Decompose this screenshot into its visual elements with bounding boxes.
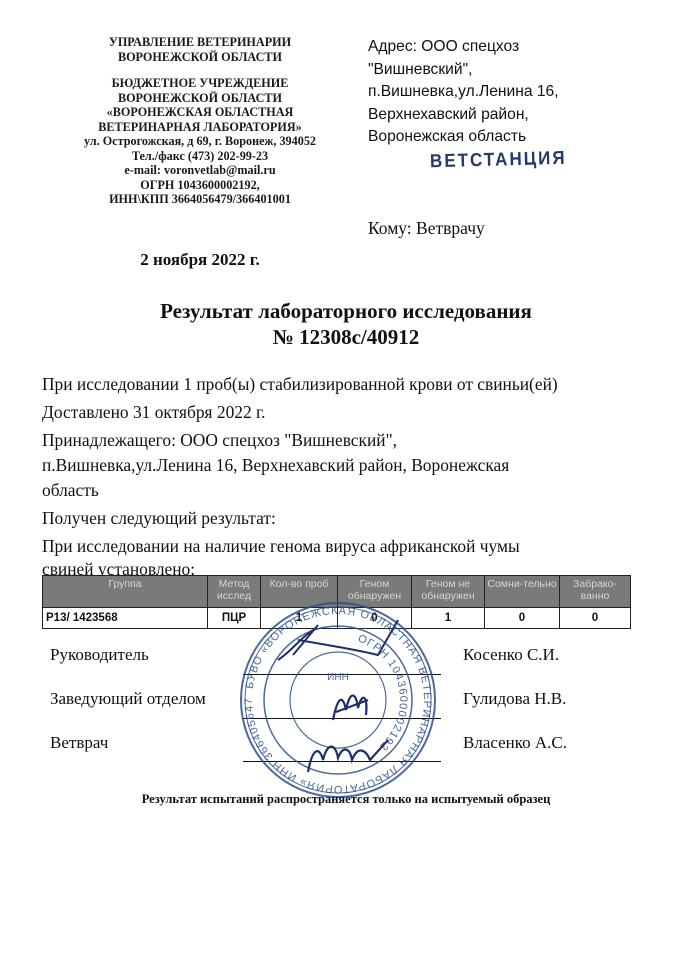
lab-inn-kpp: ИНН\КПП 3664056479/366401001 [60,192,340,207]
agency-line-1: УПРАВЛЕНИЕ ВЕТЕРИНАРИИ [60,35,340,50]
agency-line-2: ВОРОНЕЖСКОЙ ОБЛАСТИ [60,50,340,65]
official-seal-icon: БУВО «ВОРОНЕЖСКАЯ ОБЛАСТНАЯ ВЕТЕРИНАРНАЯ… [238,600,438,800]
lab-email: e-mail: voronvetlab@mail.ru [60,163,340,178]
delivery-date: Доставлено 31 октября 2022 г. [42,400,662,425]
lab-address: ул. Острогожская, д 69, г. Воронеж, 3940… [60,134,340,149]
signature-name: Власенко А.С. [463,733,567,753]
svg-text:ОГРН 1043600002192: ОГРН 1043600002192 [356,633,409,754]
sample-description: При исследовании 1 проб(ы) стабилизирова… [42,372,662,397]
svg-text:БУВО «ВОРОНЕЖСКАЯ ОБЛАСТНАЯ ВЕ: БУВО «ВОРОНЕЖСКАЯ ОБЛАСТНАЯ ВЕТЕРИНАРНАЯ… [238,600,433,795]
signature-role: Заведующий отделом [50,689,206,709]
recipient: Кому: Ветврачу [368,218,485,239]
address-line-4: Верхнехавский район, [368,104,668,127]
disclaimer: Результат испытаний распространяется тол… [0,792,692,807]
cell-genome-not-detected: 1 [412,608,485,629]
address-line-1: Адрес: ООО спецхоз [368,36,668,59]
col-rejected: Забрако-ванно [560,576,631,608]
lab-header: УПРАВЛЕНИЕ ВЕТЕРИНАРИИ ВОРОНЕЖСКОЙ ОБЛАС… [60,35,340,207]
address-line-3: п.Вишневка,ул.Ленина 16, [368,81,668,104]
owner-line-2: п.Вишневка,ул.Ленина 16, Верхнехавский р… [42,453,662,478]
cell-doubtful: 0 [485,608,560,629]
title-line-1: Результат лабораторного исследования [0,298,692,324]
signature-line [243,718,441,719]
institution-line-1: БЮДЖЕТНОЕ УЧРЕЖДЕНИЕ [60,76,340,91]
institution-line-3: «ВОРОНЕЖСКАЯ ОБЛАСТНАЯ [60,105,340,120]
address-line-5: Воронежская область [368,126,668,149]
signature-line [243,761,441,762]
report-body: При исследовании 1 проб(ы) стабилизирова… [42,372,662,579]
signature-name: Гулидова Н.В. [463,689,566,709]
col-sample-count: Кол-во проб [261,576,338,608]
col-group: Группа [43,576,208,608]
signature-role: Руководитель [50,645,149,665]
address-line-2: "Вишневский", [368,59,668,82]
table-row: Р13/ 1423568 ПЦР 1 0 1 0 0 [43,608,631,629]
cell-group: Р13/ 1423568 [43,608,208,629]
owner-line-3: область [42,478,662,503]
page-title: Результат лабораторного исследования № 1… [0,298,692,350]
cell-genome-detected: 0 [338,608,412,629]
document-date: 2 ноября 2022 г. [60,250,340,270]
station-stamp: ВЕТСТАНЦИЯ [430,147,567,173]
results-table: Группа Метод исслед Кол-во проб Геном об… [42,575,631,629]
col-genome-detected: Геном обнаружен [338,576,412,608]
signature-line [243,674,441,675]
owner-line-1: Принадлежащего: ООО спецхоз "Вишневский"… [42,428,662,453]
signature-name: Косенко С.И. [463,645,559,665]
col-method: Метод исслед [208,576,261,608]
report-number: № 12308с/40912 [0,324,692,350]
signature-role: Ветврач [50,733,108,753]
col-genome-not-detected: Геном не обнаружен [412,576,485,608]
table-header-row: Группа Метод исслед Кол-во проб Геном об… [43,576,631,608]
lab-ogrn: ОГРН 1043600002192, [60,178,340,193]
result-intro: Получен следующий результат: [42,506,662,531]
col-doubtful: Сомни-тельно [485,576,560,608]
institution-line-4: ВЕТЕРИНАРНАЯ ЛАБОРАТОРИЯ» [60,120,340,135]
institution-line-2: ВОРОНЕЖСКОЙ ОБЛАСТИ [60,91,340,106]
recipient-address: Адрес: ООО спецхоз "Вишневский", п.Вишне… [368,36,668,149]
lab-phone: Тел./факс (473) 202-99-23 [60,149,340,164]
cell-method: ПЦР [208,608,261,629]
study-line-1: При исследовании на наличие генома вирус… [42,534,662,559]
cell-sample-count: 1 [261,608,338,629]
cell-rejected: 0 [560,608,631,629]
